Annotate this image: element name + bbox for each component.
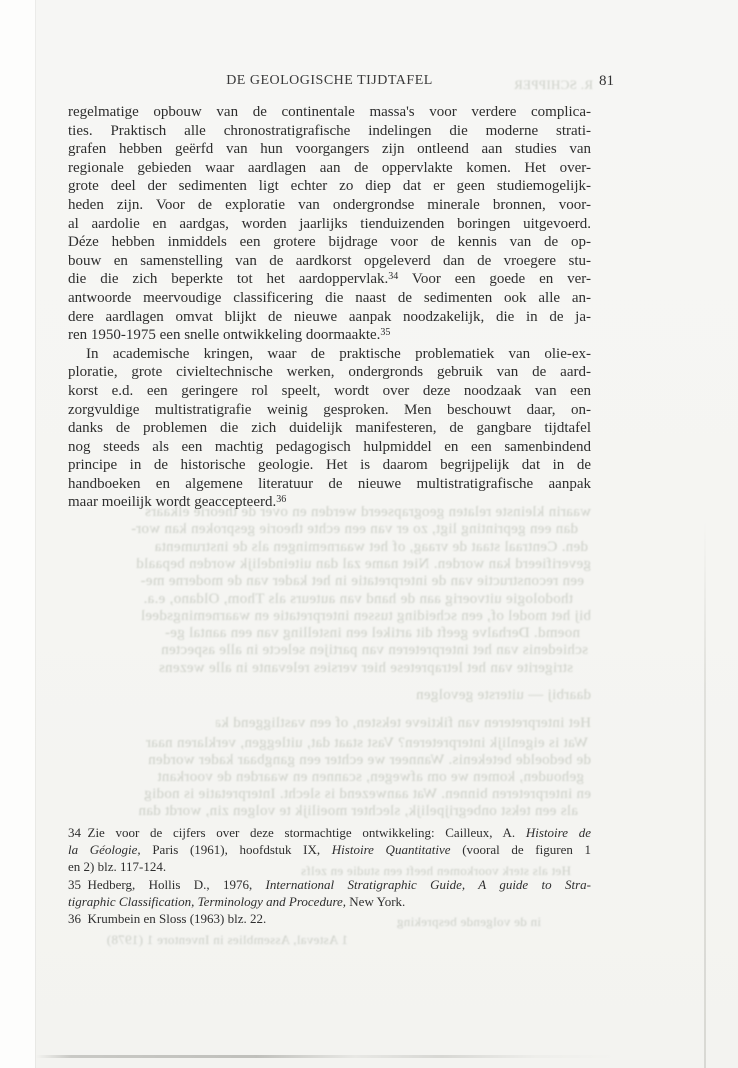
ghost-bleedthrough-line: als een tekst onbegrijpelijk, slechter m… <box>68 804 578 819</box>
running-header: DE GEOLOGISCHE TIJDTAFEL <box>68 73 591 89</box>
body-line: principe in de historische geologie. Het… <box>68 456 591 475</box>
ghost-bleedthrough-line: strigerite van het letrapretese hier ver… <box>68 661 573 676</box>
footnote-line: tigraphic Classification, Terminology an… <box>68 893 591 910</box>
footnote-line: la Géologie, Paris (1961), hoofdstuk IX,… <box>68 841 591 858</box>
scan-bottom-edge-artifact <box>36 1055 616 1058</box>
body-line: Déze hebben inmiddels een grotere bijdra… <box>68 233 591 252</box>
scan-right-edge-artifact <box>704 520 706 1068</box>
body-line: ties. Praktisch alle chronostratigrafisc… <box>68 122 591 141</box>
footnote-reference: 35 <box>380 327 390 338</box>
body-line: korst e.d. een geringere rol speelt, wor… <box>68 382 591 401</box>
ghost-bleedthrough-line: 1 Asteval, Assemblies in Inventore 1 (19… <box>68 932 348 947</box>
ghost-bleedthrough-line: Wat is eigenlijk interpreteren? Vast sta… <box>68 736 588 751</box>
ghost-bleedthrough-line: dan een geprinting ligt, zo er van een e… <box>68 522 578 537</box>
body-line: nog steeds als een machtig pedagogisch h… <box>68 438 591 457</box>
ghost-bleedthrough-line: den. Centraal staat de vraag, of het waa… <box>68 540 588 555</box>
body-text: regelmatige opbouw van de continentale m… <box>68 103 591 512</box>
body-line: dere aardlagen omvat blijkt de nieuwe aa… <box>68 308 591 327</box>
ghost-bleedthrough-line: gehouden, komen we om afwegen, scannen e… <box>68 770 584 785</box>
ghost-bleedthrough-line: geverifieerd kan worden. Niet name zal d… <box>68 557 591 572</box>
ghost-bleedthrough-line: daarbij — uiterste gevolgen <box>401 688 591 703</box>
ghost-bleedthrough-line: schiedenis van het interpreteren van par… <box>68 643 588 658</box>
scanned-page: R. SCHIPPERwaarin kleinste relaten geogr… <box>35 0 738 1068</box>
body-line: regionale gebieden waar aardlagen aan de… <box>68 159 591 178</box>
ghost-bleedthrough-line: en interpreteren binnen. Wat aanwezend i… <box>68 787 591 802</box>
body-line: grote deel der sedimenten ligt echter zo… <box>68 177 591 196</box>
body-line: In academische kringen, waar de praktisc… <box>68 345 591 364</box>
body-line: ploratie, grote civieltechnische werken,… <box>68 363 591 382</box>
footnotes: 34 Zie voor de cijfers over deze stormac… <box>68 824 591 927</box>
ghost-bleedthrough-line: thodologie uitvoerig aan de hand van aut… <box>68 592 573 607</box>
body-line: die die zich beperkte tot het aardopperv… <box>68 270 591 289</box>
ghost-bleedthrough-line: bij het model of, een scheiding tussen i… <box>68 609 591 624</box>
footnote-line: 34 Zie voor de cijfers over deze stormac… <box>68 824 591 841</box>
body-line: handboeken en algemene literatuur de nie… <box>68 475 591 494</box>
footnote-line: en 2) blz. 117-124. <box>68 858 591 875</box>
body-line: heden zijn. Voor de exploratie van onder… <box>68 196 591 215</box>
body-line: danks de problemen die zich duidelijk ma… <box>68 419 591 438</box>
body-line: maar moeilijk wordt geaccepteerd.36 <box>68 493 591 512</box>
footnote-line: 36 Krumbein en Sloss (1963) blz. 22. <box>68 910 591 927</box>
footnote-reference: 36 <box>276 494 286 505</box>
ghost-bleedthrough-line: een reconstructie van de interpretatie i… <box>68 574 584 589</box>
footnote-line: 35 Hedberg, Hollis D., 1976, Internation… <box>68 876 591 893</box>
header-title: DE GEOLOGISCHE TIJDTAFEL <box>226 73 433 88</box>
footnote-reference: 34 <box>388 271 398 282</box>
body-line: ren 1950-1975 een snelle ontwikkeling do… <box>68 326 591 345</box>
body-line: antwoorde meervoudige classificering die… <box>68 289 591 308</box>
ghost-bleedthrough-line: Het interpreteren van fiktieve teksten, … <box>216 716 591 731</box>
body-line: bouw en samenstelling van de aardkorst o… <box>68 252 591 271</box>
page-number: 81 <box>599 73 614 90</box>
body-line: zorgvuldige multistratigrafie weinig ges… <box>68 401 591 420</box>
body-line: regelmatige opbouw van de continentale m… <box>68 103 591 122</box>
body-line: al aardolie en aardgas, worden jaarlijks… <box>68 215 591 234</box>
ghost-bleedthrough-line: de bedoelde betekenis. Wanneer we echter… <box>68 753 591 768</box>
body-line: grafen hebben geërfd van hun voorgangers… <box>68 140 591 159</box>
ghost-bleedthrough-line: noemd. Derhalve geeft dit artikel een in… <box>68 626 580 641</box>
